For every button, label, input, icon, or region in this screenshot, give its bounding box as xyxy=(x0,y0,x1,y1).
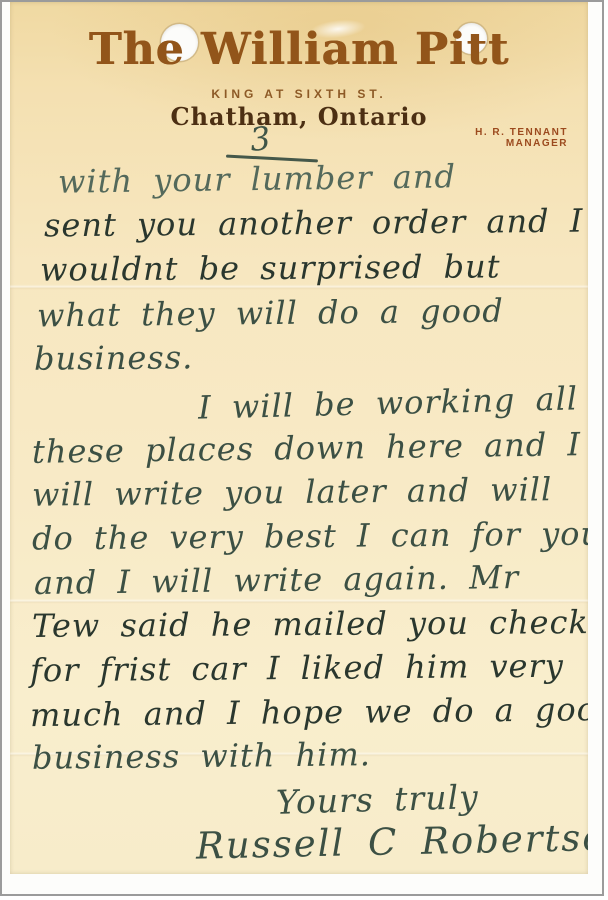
handwritten-line: wouldnt be surprised but xyxy=(40,247,501,288)
manager-name: H. R. TENNANT xyxy=(475,127,568,138)
letter-closing: Yours truly xyxy=(275,777,479,822)
handwritten-line: sent you another order and I xyxy=(44,202,584,245)
handwritten-line: what they will do a good xyxy=(37,292,504,335)
handwritten-line: will write you later and will xyxy=(32,470,553,513)
handwritten-line: business. xyxy=(34,338,194,377)
letterhead-hotel-name: The William Pitt xyxy=(10,24,588,75)
manager-title: MANAGER xyxy=(475,138,568,149)
handwritten-line: for frist car I liked him very xyxy=(30,647,564,690)
scanned-letter-page: The William Pitt KING AT SIXTH ST. Chath… xyxy=(0,0,604,896)
handwritten-line: much and I hope we do a good xyxy=(30,690,588,734)
letter-signature: Russell C Robertson xyxy=(196,815,588,867)
handwritten-line: Tew said he mailed you check xyxy=(32,603,588,645)
handwritten-line: these places down here and I xyxy=(32,425,582,471)
letterhead-manager-block: H. R. TENNANT MANAGER xyxy=(475,127,568,149)
page-number: 3 xyxy=(248,119,272,159)
handwritten-line: with your lumber and xyxy=(58,157,456,201)
letterhead-street-address: KING AT SIXTH ST. xyxy=(10,87,588,101)
letter-paper: The William Pitt KING AT SIXTH ST. Chath… xyxy=(10,2,588,874)
handwritten-line: I will be working all xyxy=(198,379,579,426)
handwritten-line: and I will write again. Mr xyxy=(34,558,520,602)
handwritten-line: business with him. xyxy=(32,735,371,777)
handwritten-line: do the very best I can for you xyxy=(32,515,588,558)
